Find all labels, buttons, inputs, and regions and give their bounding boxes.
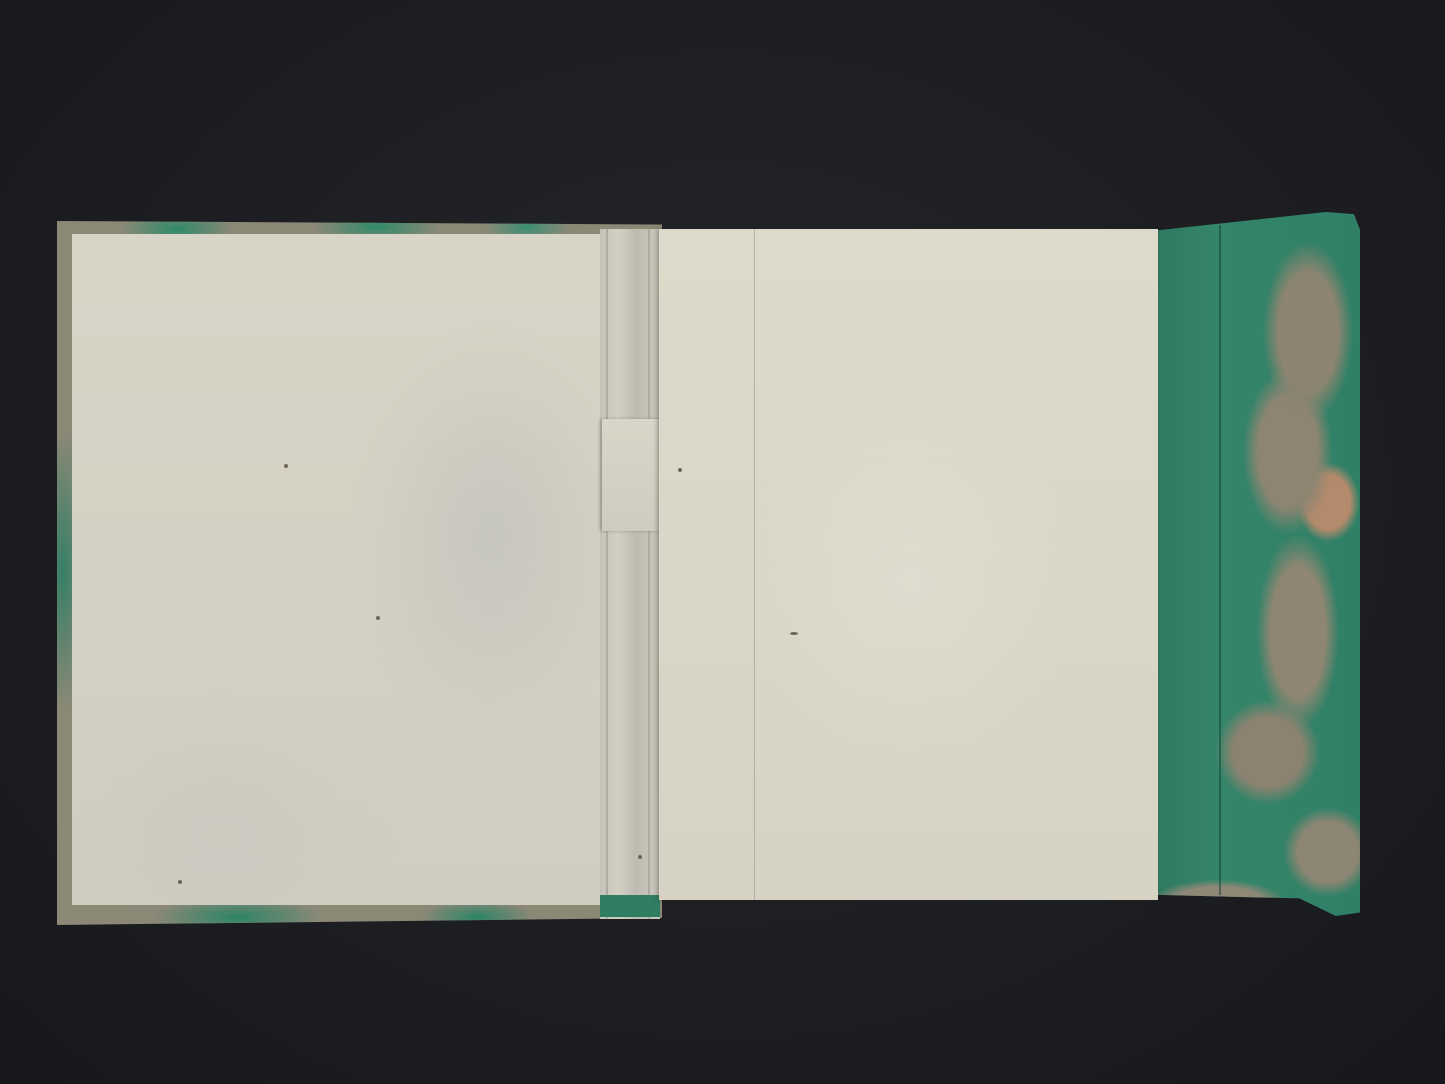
spine-crease (648, 229, 650, 919)
paper-speck (284, 464, 288, 468)
folder-spine (600, 229, 660, 919)
spine-crease (606, 229, 608, 919)
inner-page-left (72, 234, 602, 905)
paper-speck (790, 632, 798, 635)
flap-crease (1219, 225, 1221, 895)
paper-speck (178, 880, 182, 884)
page-fold-line (754, 229, 755, 900)
paper-speck (376, 616, 380, 620)
paper-speck (638, 855, 642, 859)
cover-edge (600, 895, 660, 917)
paper-speck (678, 468, 682, 472)
paper-tab (602, 419, 662, 531)
inner-page-right (659, 229, 1158, 900)
folder-flap-right (1158, 212, 1360, 916)
